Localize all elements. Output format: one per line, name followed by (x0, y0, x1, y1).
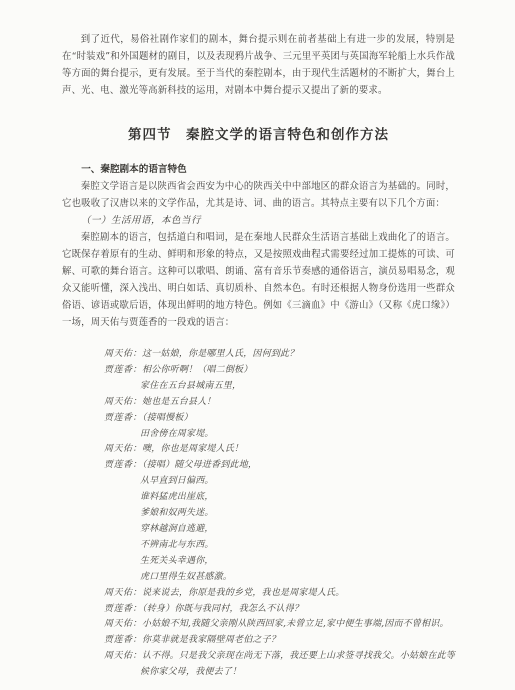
dialogue-line: 周天佑：她也是五台县人！ (104, 395, 455, 411)
dialogue-text: 相公你听啊！（唱二倒板） (142, 365, 252, 375)
section-heading: 第四节 秦腔文学的语言特色和创作方法 (62, 123, 455, 143)
dialogue-text: 她也是五台县人！ (142, 397, 216, 407)
dialogue-line: 贾莲香：（接唱慢板） (104, 411, 455, 427)
document-page: 到了近代，易俗社剧作家们的剧本，舞台提示则在前者基础上有进一步的发展，特别是在“… (0, 0, 515, 690)
dialogue-line: 贾莲香：你莫非就是我家隔壁周老伯之子？ (104, 633, 455, 649)
dialogue-speaker: 周天佑： (104, 397, 142, 407)
dialogue-text: 小姑娘不知,我随父亲刚从陕西回家,未曾立足,家中便生事端,因而不曾相识。 (142, 619, 449, 629)
dialogue-speaker: 周天佑： (104, 588, 142, 598)
dialogue-line: 周天佑：这一姑娘，你是哪里人氏，因何到此？ (104, 347, 455, 363)
dialogue-verse-line: 谁料猛虎出崖底， (104, 490, 455, 506)
dialogue-verse-line: 田舍傍在周家堤。 (104, 427, 455, 443)
dialogue-text: （接唱）随父母进香到此地， (142, 460, 257, 470)
dialogue-verse-line: 从早直到日偏西。 (104, 474, 455, 490)
dialogue-text: 噢，你也是周家堤人氏！ (142, 444, 243, 454)
point-title: （一）生活用语，本色当行 (62, 212, 455, 229)
dialogue-verse-line: 生死关头幸遇你， (104, 554, 455, 570)
dialogue-text: 这一姑娘，你是哪里人氏，因何到此？ (142, 349, 298, 359)
dialogue-speaker: 贾莲香： (104, 460, 142, 470)
point-body: 秦腔剧本的语言，包括道白和唱词，是在秦地人民群众生活语言基础上戏曲化了的语言。它… (62, 229, 455, 331)
dialogue-text: （接唱慢板） (142, 413, 193, 423)
paragraph-modern-era: 到了近代，易俗社剧作家们的剧本，舞台提示则在前者基础上有进一步的发展，特别是在“… (62, 31, 455, 99)
dialogue-speaker: 贾莲香： (104, 604, 142, 614)
dialogue-speaker: 周天佑： (104, 619, 142, 629)
dialogue-verse-line: 爹娘和奴两失迷。 (104, 506, 455, 522)
dialogue-line: 贾莲香：（转身）你既与我同村，我怎么不认得？ (104, 602, 455, 618)
dialogue-speaker: 周天佑： (104, 651, 142, 661)
subsection-title: 一、秦腔剧本的语言特色 (62, 161, 455, 178)
dialogue-line: 周天佑：噢，你也是周家堤人氏！ (104, 442, 455, 458)
dialogue-text: 你莫非就是我家隔壁周老伯之子？ (142, 635, 280, 645)
dialogue-text: 说来说去，你原是我的乡党，我也是周家堤人氏。 (142, 588, 344, 598)
dialogue-verse-line: 家住在五台县城南五里， (104, 379, 455, 395)
dialogue-speaker: 贾莲香： (104, 365, 142, 375)
subsection-intro: 秦腔文学语言是以陕西省会西安为中心的陕西关中中部地区的群众语言为基础的。同时，它… (62, 178, 455, 212)
dialogue-speaker: 贾莲香： (104, 413, 142, 423)
dialogue-verse-line: 虎口里得生奴甚感激。 (104, 570, 455, 586)
dialogue-line: 周天佑：小姑娘不知,我随父亲刚从陕西回家,未曾立足,家中便生事端,因而不曾相识。 (104, 617, 455, 633)
dialogue-block: 周天佑：这一姑娘，你是哪里人氏，因何到此？贾莲香：相公你听啊！（唱二倒板）家住在… (104, 347, 455, 681)
dialogue-text: （转身）你既与我同村，我怎么不认得？ (142, 604, 303, 614)
dialogue-speaker: 周天佑： (104, 349, 142, 359)
dialogue-speaker: 周天佑： (104, 444, 142, 454)
dialogue-line: 周天佑：说来说去，你原是我的乡党，我也是周家堤人氏。 (104, 586, 455, 602)
dialogue-line: 周天佑：认不得。只是我父亲现在尚无下落，我还要上山求签寻找我父。小姑娘在此等候你… (104, 649, 455, 681)
dialogue-verse-line: 穿林越涧自逃避， (104, 522, 455, 538)
dialogue-text: 认不得。只是我父亲现在尚无下落，我还要上山求签寻找我父。小姑娘在此等候你家父母，… (140, 651, 455, 677)
dialogue-line: 贾莲香：（接唱）随父母进香到此地， (104, 458, 455, 474)
dialogue-line: 贾莲香：相公你听啊！（唱二倒板） (104, 363, 455, 379)
dialogue-verse-line: 不辨南北与东西。 (104, 538, 455, 554)
dialogue-speaker: 贾莲香： (104, 635, 142, 645)
